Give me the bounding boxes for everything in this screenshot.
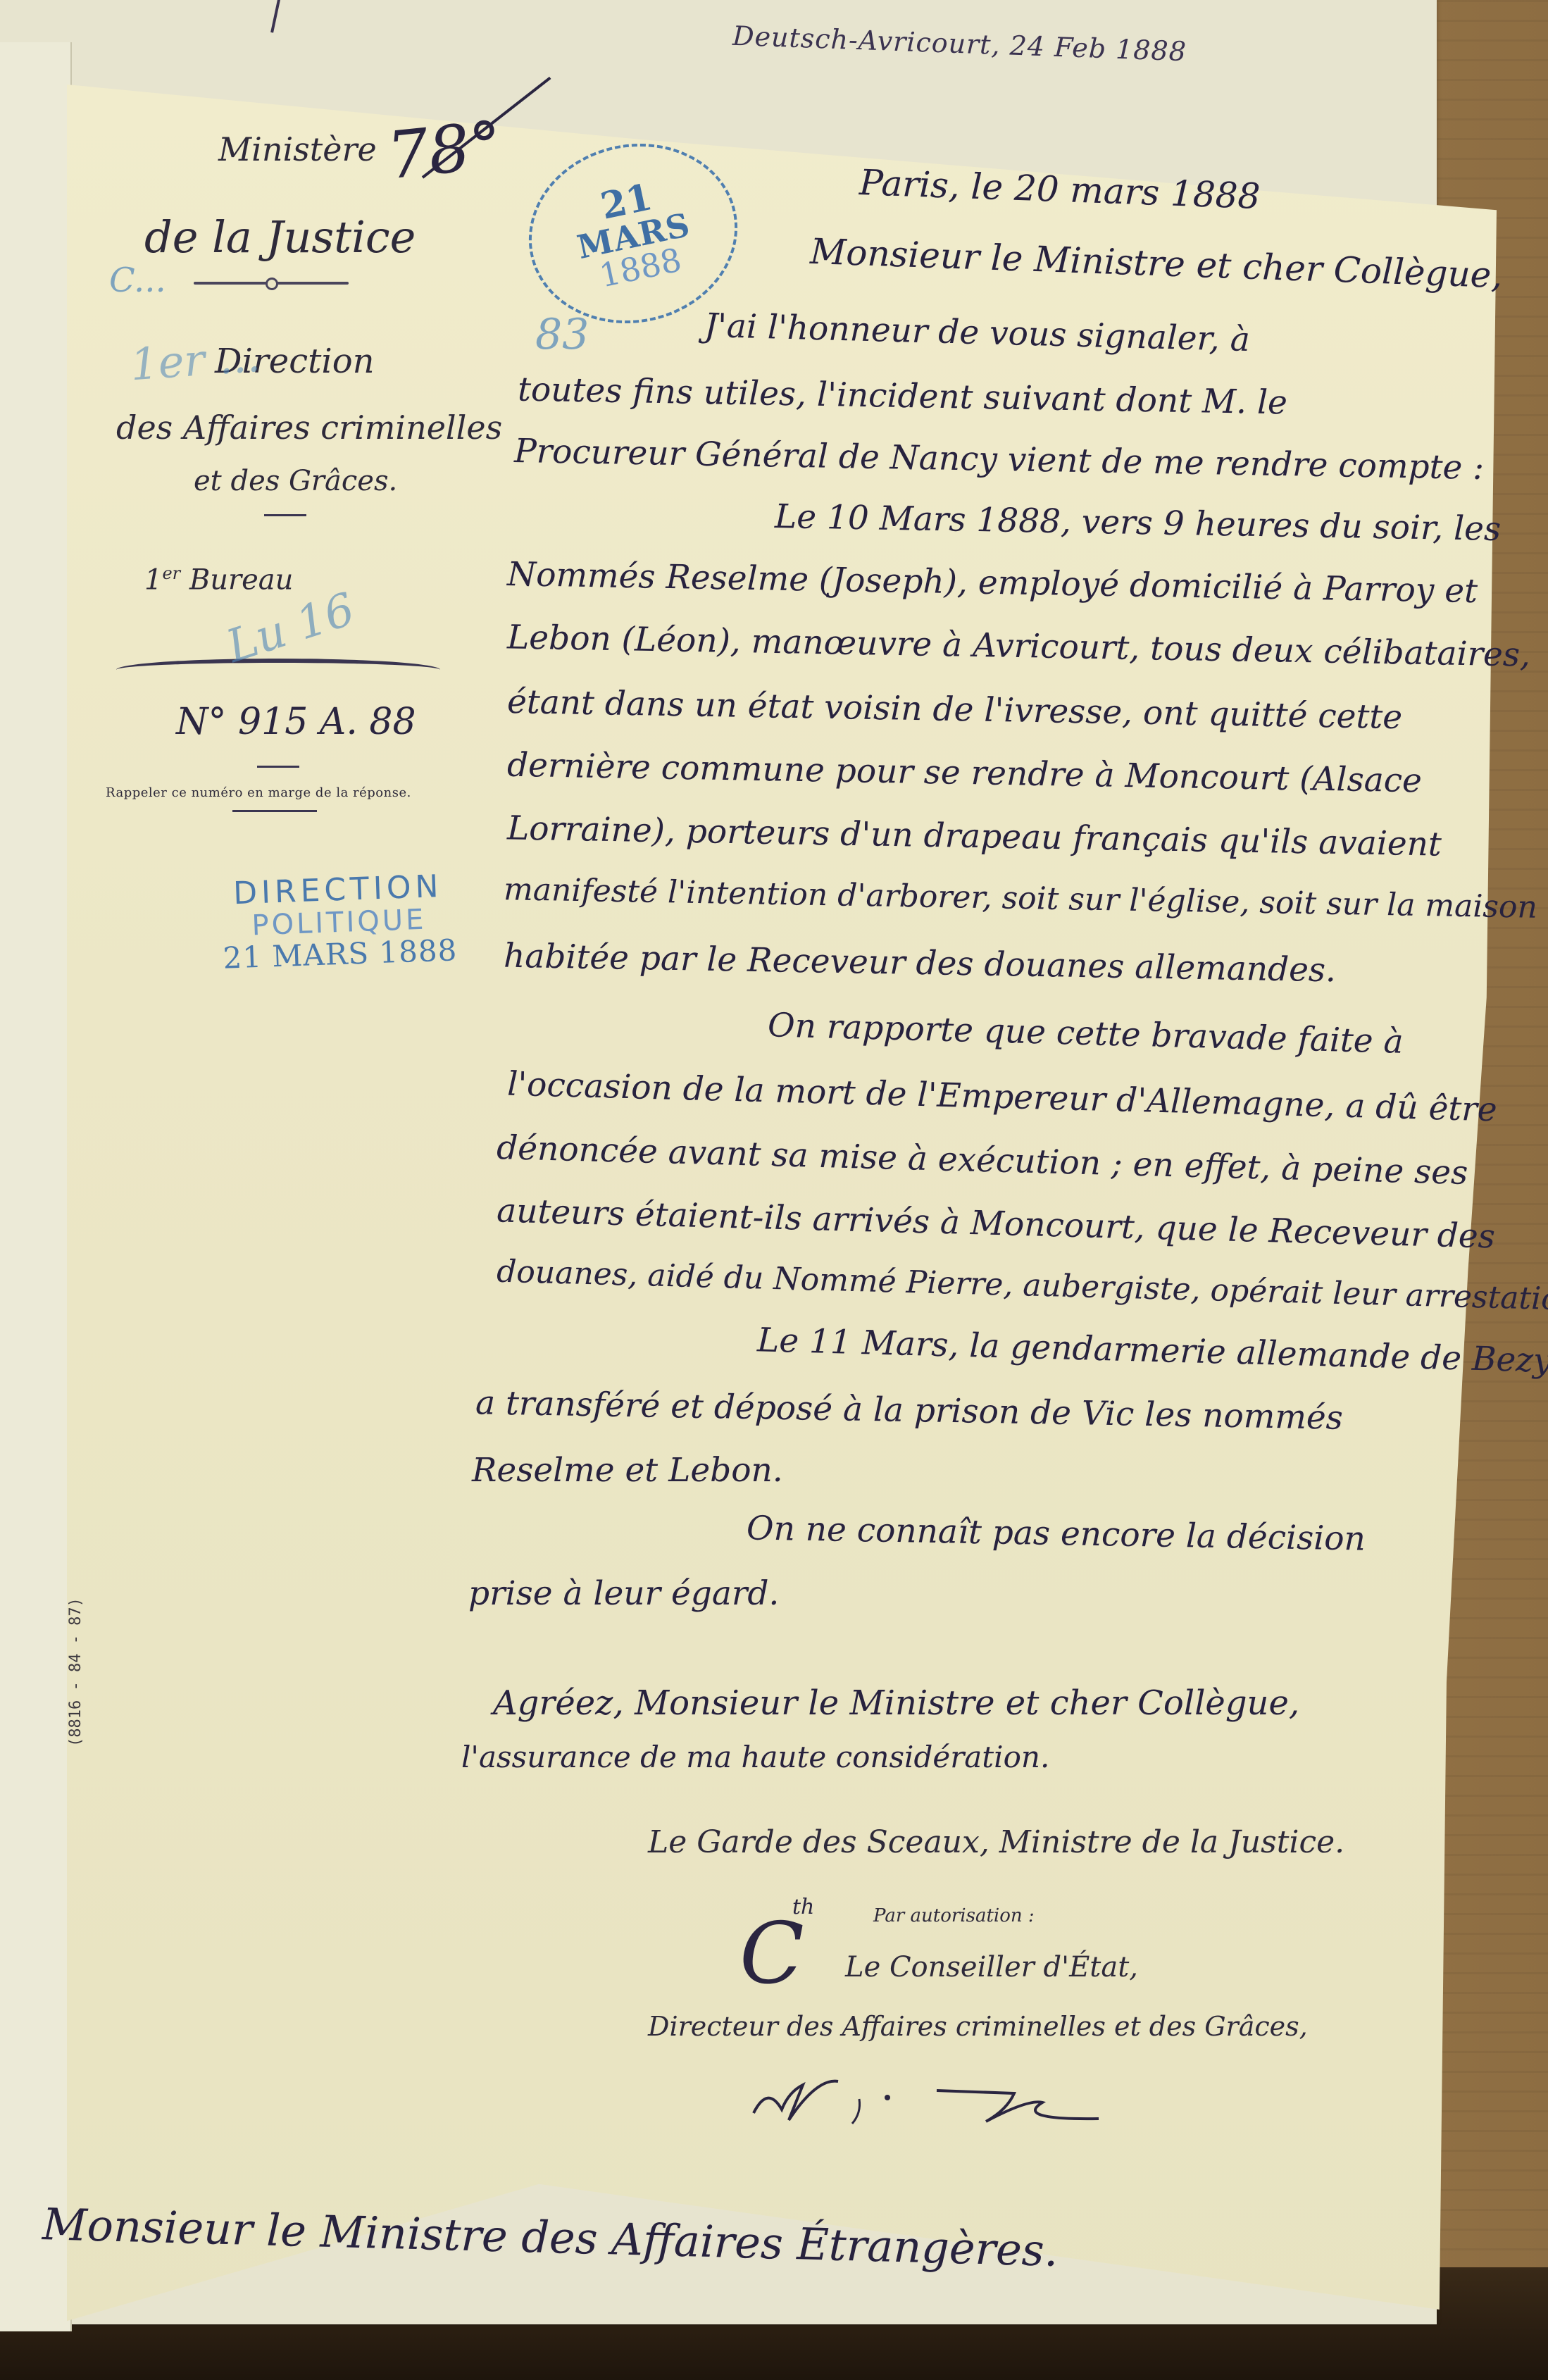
blue-pencil-note: 83 — [535, 310, 589, 359]
blue-pencil-note: C... — [109, 261, 166, 300]
recall-note: Rappeler ce numéro en marge de la répons… — [106, 785, 411, 800]
signatory-initial-suffix: th — [792, 1895, 814, 1919]
letterhead-division: des Affaires criminelles — [116, 409, 502, 447]
bureau-number-suffix: er — [162, 563, 180, 583]
file-number: N° 915 A. 88 — [176, 701, 416, 743]
body-line: prise à leur égard. — [468, 1574, 779, 1613]
letterhead-ministry-name: de la Justice — [144, 211, 416, 263]
letterhead-ministry: Ministère — [218, 130, 377, 168]
handwritten-number: 78° — [384, 107, 506, 194]
blue-pencil-note: 1er ... — [129, 330, 262, 391]
letterhead-division-2: et des Grâces. — [194, 465, 397, 497]
letterhead-bureau: 1er Bureau — [144, 563, 293, 596]
letterhead-rule — [264, 514, 306, 516]
director-title: Directeur des Affaires criminelles et de… — [648, 2011, 1308, 2042]
bureau-number: 1 — [144, 563, 162, 596]
signatory-title: Le Garde des Sceaux, Ministre de la Just… — [648, 1824, 1344, 1860]
signatory-initial: C — [739, 1905, 804, 2003]
printer-side-code: (8816 - 84 - 87) — [67, 1597, 85, 1747]
underlying-sheet-edge — [0, 42, 72, 2331]
body-line: Reselme et Lebon. — [472, 1451, 783, 1490]
handwritten-signature — [747, 2071, 1169, 2127]
letterhead-ornament-divider — [194, 282, 349, 285]
closing-formula-2: l'assurance de ma haute considération. — [461, 1740, 1049, 1774]
letterhead-rule-2 — [257, 766, 299, 768]
by-authorization-label: Par autorisation : — [873, 1905, 1035, 1926]
bureau-label: Bureau — [189, 563, 294, 596]
closing-formula: Agréez, Monsieur le Ministre et cher Col… — [493, 1683, 1299, 1723]
underlying-sheet-ink-mark — [270, 0, 303, 37]
underlying-sheet-header: Deutsch-Avricourt, 24 Feb 1888 — [732, 20, 1187, 67]
counsellor-title: Le Conseiller d'État, — [845, 1951, 1138, 1983]
letterhead-ornament-divider-2 — [232, 810, 317, 812]
direction-politique-stamp: DIRECTION POLITIQUE 21 MARS 1888 — [220, 869, 458, 975]
